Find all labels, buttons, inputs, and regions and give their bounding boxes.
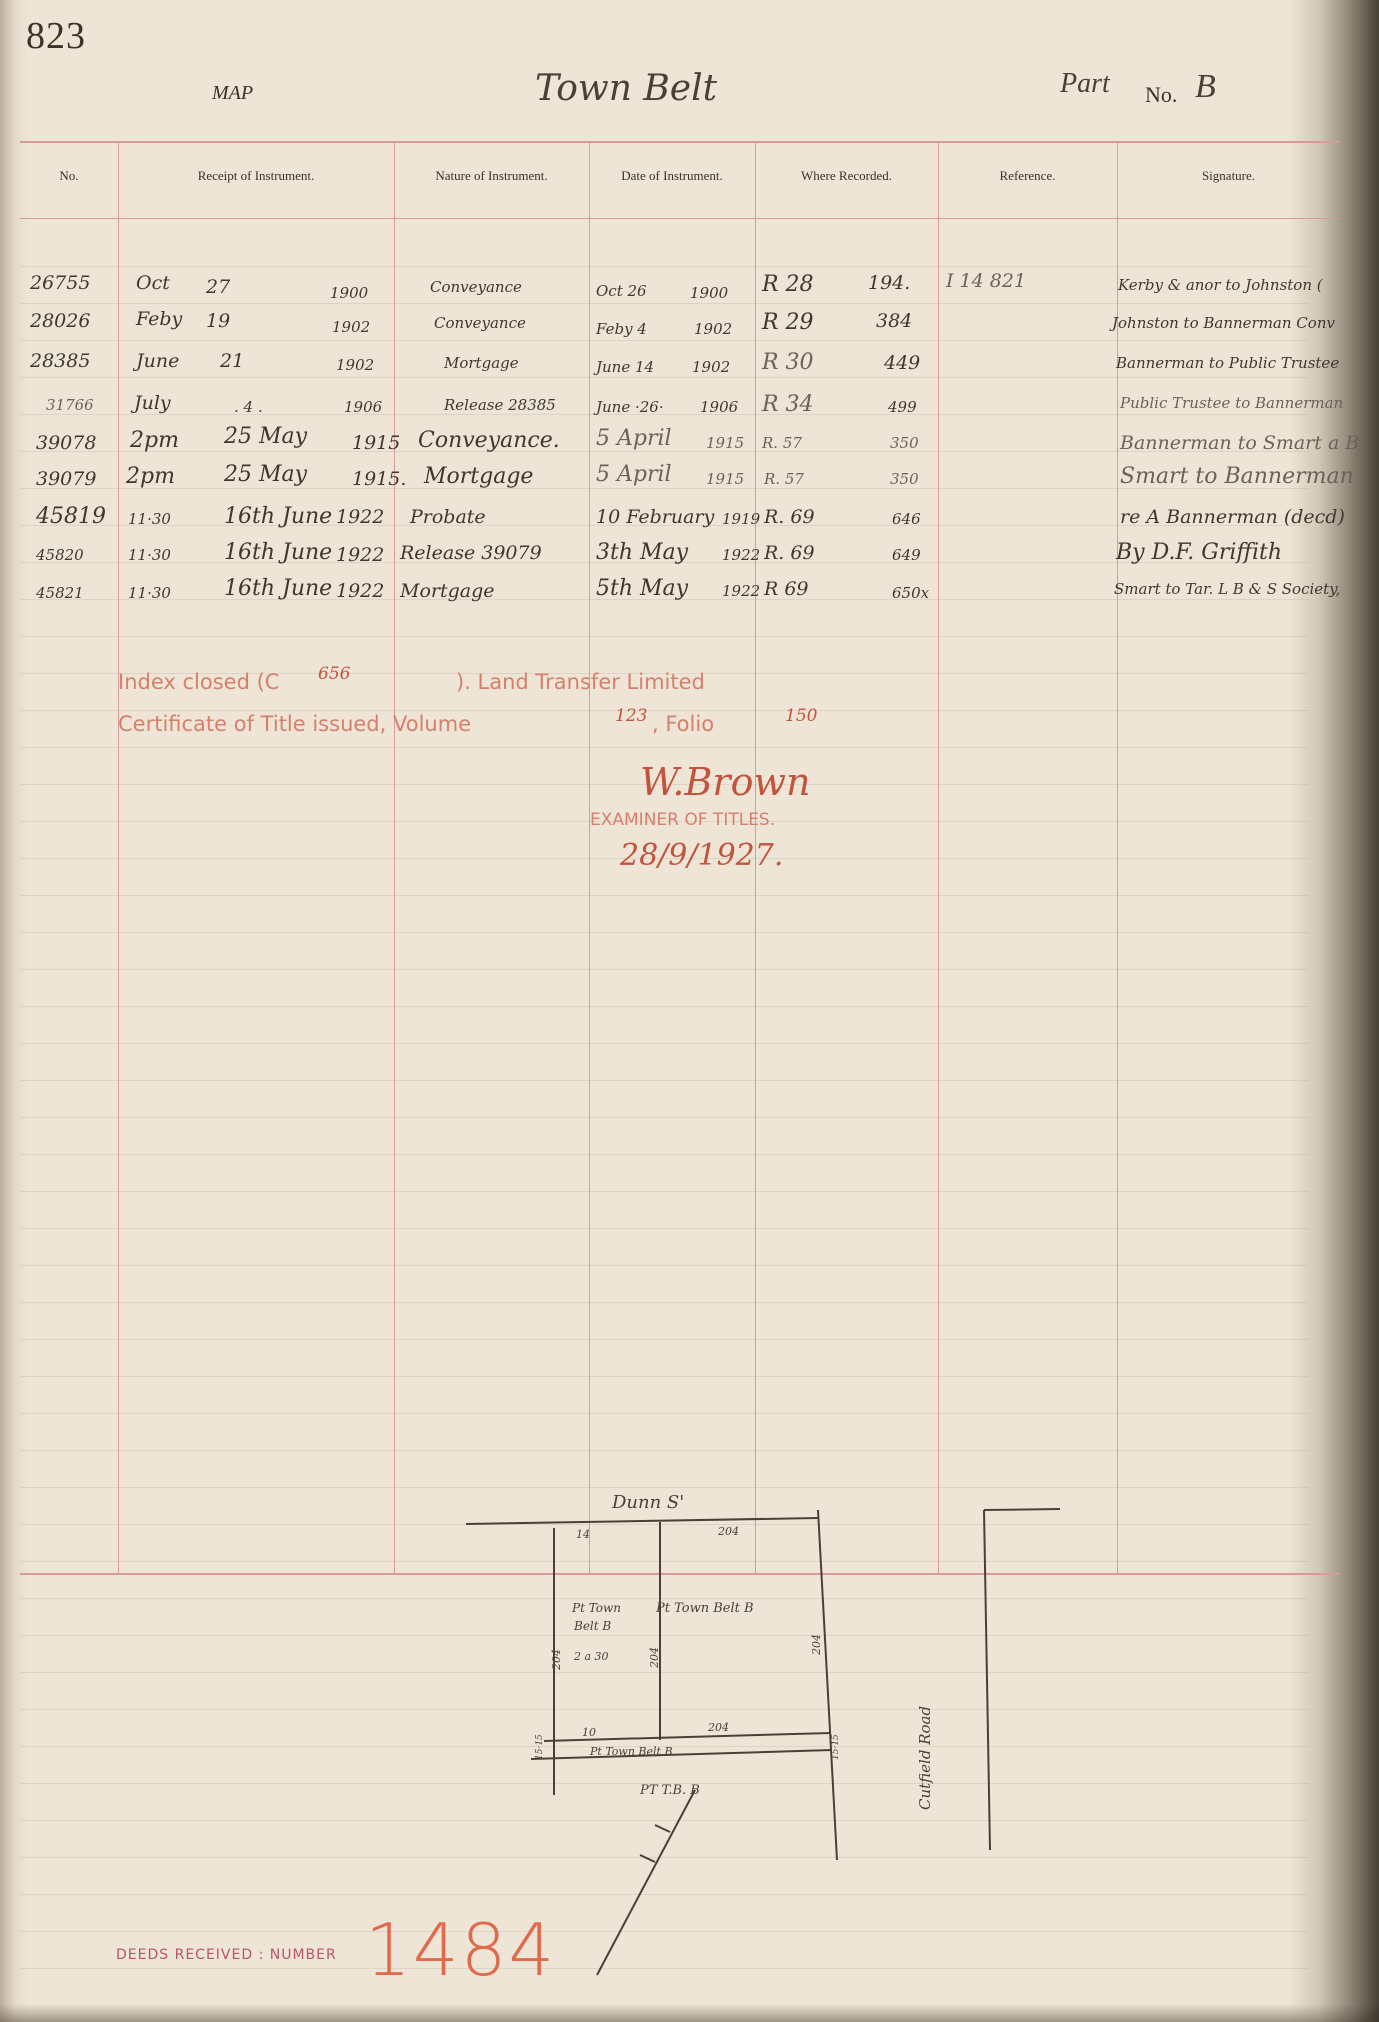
header-top-rule xyxy=(20,141,1340,143)
recorded-folio: 350 xyxy=(890,434,919,452)
instrument-date: 10 February xyxy=(596,506,714,528)
recorded-book: R 29 xyxy=(762,310,814,335)
stamp-line2-prefix: Certificate of Title issued, Volume xyxy=(118,712,471,736)
receipt-day: 16th June xyxy=(224,540,332,565)
instrument-date: 5th May xyxy=(596,576,688,601)
recorded-book: R 34 xyxy=(762,392,814,417)
col-header-date: Date of Instrument. xyxy=(589,168,755,184)
col-header-receipt: Receipt of Instrument. xyxy=(118,168,394,184)
recorded-book: R. 57 xyxy=(764,470,804,488)
receipt-day: 21 xyxy=(220,350,244,372)
examiner-title: EXAMINER OF TITLES. xyxy=(590,810,775,830)
entry-no: 39078 xyxy=(36,432,96,454)
signature: Public Trustee to Bannerman xyxy=(1120,394,1343,412)
receipt-month: 11·30 xyxy=(128,546,171,564)
recorded-folio: 449 xyxy=(884,352,920,374)
instrument-date: Oct 26 xyxy=(596,282,647,300)
header-bottom-rule xyxy=(20,218,1340,219)
entry-no: 28385 xyxy=(30,350,90,372)
col-header-signature: Signature. xyxy=(1117,168,1340,184)
col-divider-1 xyxy=(118,141,119,1573)
receipt-day: 25 May xyxy=(224,462,307,487)
col-header-nature: Nature of Instrument. xyxy=(394,168,589,184)
recorded-book: R 69 xyxy=(764,578,809,600)
stamp-folio: 150 xyxy=(785,706,817,726)
receipt-month: 11·30 xyxy=(128,510,171,528)
col-header-no: No. xyxy=(20,168,118,184)
receipt-year: 1900 xyxy=(330,284,368,302)
part-label: Part xyxy=(1060,68,1110,100)
receipt-month: Feby xyxy=(136,308,182,330)
lower-section-rule xyxy=(20,1573,1340,1575)
receipt-month: Oct xyxy=(136,272,170,294)
entry-no: 45821 xyxy=(36,584,84,602)
nature: Release 39079 xyxy=(400,542,542,564)
recorded-book: R 28 xyxy=(762,272,814,297)
col-divider-3 xyxy=(589,141,590,1573)
stamp-line1-suffix: ). Land Transfer Limited xyxy=(456,670,705,694)
nature: Mortgage xyxy=(444,354,519,372)
no-label: No. xyxy=(1145,82,1177,108)
entry-no: 45820 xyxy=(36,546,84,564)
signature: Kerby & anor to Johnston ( xyxy=(1118,276,1323,294)
entry-no: 26755 xyxy=(30,272,90,294)
recorded-book: R. 69 xyxy=(764,542,815,564)
stamp-index-value: 656 xyxy=(318,664,350,684)
receipt-day: 27 xyxy=(206,276,230,298)
instrument-date: June ·26· xyxy=(596,398,664,416)
col-header-where-recorded: Where Recorded. xyxy=(755,168,938,184)
instrument-year: 1902 xyxy=(694,320,732,338)
signature: Johnston to Bannerman Conv xyxy=(1112,314,1335,332)
receipt-month: 2pm xyxy=(130,428,179,453)
instrument-year: 1922 xyxy=(722,582,760,600)
instrument-year: 1919 xyxy=(722,510,760,528)
nature: Conveyance xyxy=(430,278,522,296)
nature: Conveyance. xyxy=(418,428,560,453)
nature: Conveyance xyxy=(434,314,526,332)
signature: Bannerman to Smart a B xyxy=(1120,432,1359,454)
receipt-day: 16th June xyxy=(224,576,332,601)
instrument-date: 5 April xyxy=(596,462,672,487)
receipt-year: 1922 xyxy=(336,544,384,566)
nature: Mortgage xyxy=(424,464,533,489)
recorded-book: R 30 xyxy=(762,350,814,375)
instrument-date: 5 April xyxy=(596,426,672,451)
receipt-year: 1902 xyxy=(332,318,370,336)
receipt-day: 25 May xyxy=(224,424,307,449)
recorded-book: R. 57 xyxy=(762,434,802,452)
stamp-folio-label: , Folio xyxy=(652,712,714,736)
entry-no: 45819 xyxy=(36,504,106,529)
signature: Smart to Tar. L B & S Society, xyxy=(1114,580,1340,598)
recorded-folio: 646 xyxy=(892,510,921,528)
instrument-year: 1915 xyxy=(706,470,744,488)
recorded-folio: 650x xyxy=(892,584,929,602)
receipt-month: 2pm xyxy=(126,464,175,489)
recorded-folio: 194. xyxy=(868,272,910,294)
instrument-date: 3th May xyxy=(596,540,688,565)
receipt-month: 11·30 xyxy=(128,584,171,602)
receipt-day: . 4 . xyxy=(234,398,263,416)
deeds-received-label: DEEDS RECEIVED : NUMBER xyxy=(116,1947,337,1963)
entry-no: 31766 xyxy=(46,396,94,414)
entry-no: 39079 xyxy=(36,468,96,490)
receipt-year: 1902 xyxy=(336,356,374,374)
reference: I 14 821 xyxy=(946,270,1026,292)
receipt-year: 1915. xyxy=(352,468,406,490)
signature: By D.F. Griffith xyxy=(1116,540,1282,565)
no-value: B xyxy=(1195,68,1216,106)
signature: Bannerman to Public Trustee xyxy=(1116,354,1339,372)
receipt-day: 19 xyxy=(206,310,230,332)
page-number: 823 xyxy=(26,14,86,58)
stamp-line1-prefix: Index closed (C xyxy=(118,670,279,694)
signature: re A Bannerman (decd) xyxy=(1120,506,1345,528)
receipt-year: 1906 xyxy=(344,398,382,416)
receipt-year: 1922 xyxy=(336,580,384,602)
recorded-folio: 350 xyxy=(890,470,919,488)
receipt-month: June xyxy=(136,350,179,372)
col-divider-2 xyxy=(394,141,395,1573)
deeds-received-number: 1484 xyxy=(365,1908,556,1992)
examiner-date: 28/9/1927. xyxy=(620,838,783,873)
stamp-volume: 123 xyxy=(615,706,647,726)
nature: Probate xyxy=(410,506,486,528)
ledger-page: 823 MAP Town Belt Part No. B No. Receipt… xyxy=(0,0,1379,2022)
instrument-year: 1900 xyxy=(690,284,728,302)
recorded-book: R. 69 xyxy=(764,506,815,528)
map-name: Town Belt xyxy=(535,68,717,109)
col-header-reference: Reference. xyxy=(938,168,1117,184)
recorded-folio: 649 xyxy=(892,546,921,564)
recorded-folio: 499 xyxy=(888,398,917,416)
receipt-day: 16th June xyxy=(224,504,332,529)
ruled-lines xyxy=(20,230,1309,1982)
recorded-folio: 384 xyxy=(876,310,912,332)
receipt-year: 1922 xyxy=(336,506,384,528)
signature: Smart to Bannerman xyxy=(1120,464,1354,489)
receipt-year: 1915 xyxy=(352,432,400,454)
instrument-year: 1915 xyxy=(706,434,744,452)
entry-no: 28026 xyxy=(30,310,90,332)
map-label: MAP xyxy=(212,82,253,105)
instrument-year: 1906 xyxy=(700,398,738,416)
examiner-signature: W.Brown xyxy=(640,760,810,804)
instrument-date: June 14 xyxy=(596,358,654,376)
col-divider-5 xyxy=(938,141,939,1573)
nature: Mortgage xyxy=(400,580,495,602)
instrument-year: 1922 xyxy=(722,546,760,564)
instrument-date: Feby 4 xyxy=(596,320,647,338)
nature: Release 28385 xyxy=(444,396,556,414)
receipt-month: July xyxy=(134,392,171,414)
instrument-year: 1902 xyxy=(692,358,730,376)
